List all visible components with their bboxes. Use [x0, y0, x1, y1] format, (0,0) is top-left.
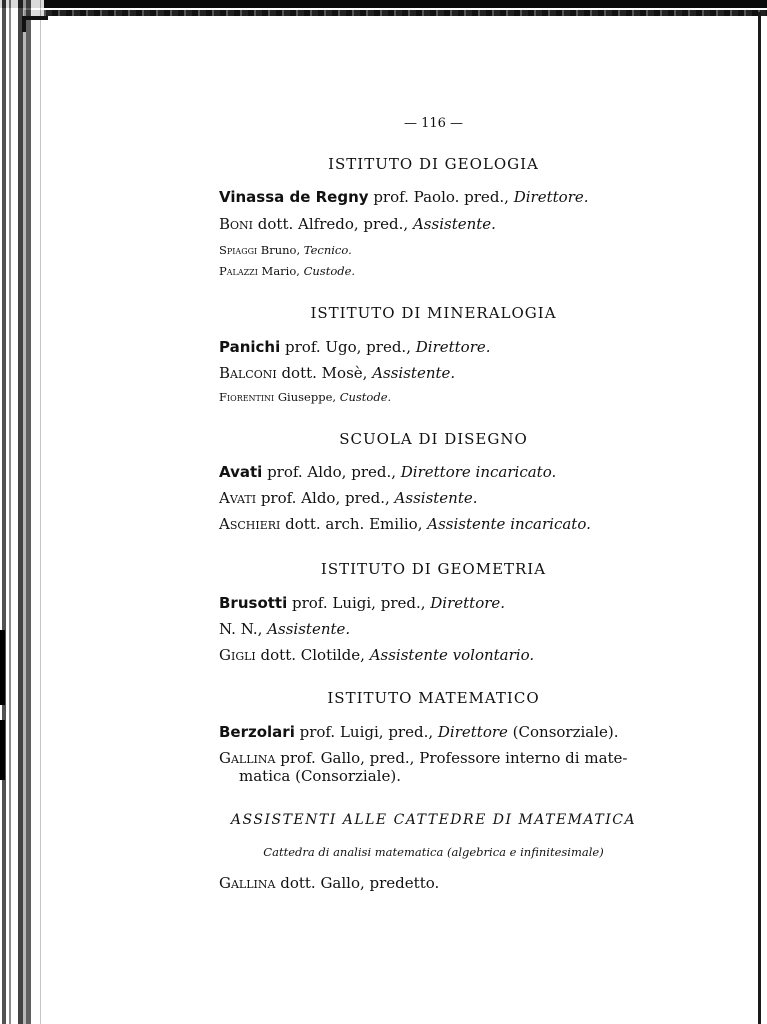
entry-role: Assistente. — [267, 620, 350, 638]
entry-role: Direttore incaricato. — [401, 463, 556, 481]
section-heading-geologia: ISTITUTO DI GEOLOGIA — [0, 155, 767, 173]
section-heading-disegno: SCUOLA DI DISEGNO — [0, 430, 767, 448]
subsection-subheading: Cattedra di analisi matematica (algebric… — [0, 845, 767, 859]
entry-details: Bruno, — [257, 243, 304, 257]
page-number: — 116 — — [0, 116, 767, 131]
entry-continuation: matica (Consorziale). — [219, 767, 659, 785]
entry-role: Direttore. — [514, 188, 589, 206]
entry-surname: Gallina — [219, 874, 275, 892]
entry-surname: Fiorentini — [219, 390, 274, 404]
entry: Avati prof. Aldo, pred., Direttore incar… — [219, 463, 659, 481]
entry-role: Tecnico. — [304, 243, 352, 257]
entry-surname: Vinassa de Regny — [219, 188, 369, 206]
entry-details: dott. arch. Emilio, — [280, 515, 427, 533]
section-heading-matematico: ISTITUTO MATEMATICO — [0, 689, 767, 707]
entry-details: prof. Luigi, pred., — [287, 594, 430, 612]
entry: Aschieri dott. arch. Emilio, Assistente … — [219, 515, 659, 533]
entry-role: Direttore — [438, 723, 508, 741]
section-heading-geometria: ISTITUTO DI GEOMETRIA — [0, 560, 767, 578]
entry-role: Assistente volontario. — [370, 646, 534, 664]
entry-surname: Spiaggi — [219, 243, 257, 257]
entry-surname: N. N., — [219, 620, 262, 638]
entry-details: Mario, — [258, 264, 304, 278]
entry-suffix: (Consorziale). — [508, 723, 619, 741]
entry-role: Custode. — [340, 390, 391, 404]
entry-role: Custode. — [304, 264, 355, 278]
entry: Panichi prof. Ugo, pred., Direttore. — [219, 338, 659, 356]
entry-details: prof. Paolo. pred., — [369, 188, 514, 206]
entry-details: dott. Mosè, — [277, 364, 373, 382]
entry-details: prof. Ugo, pred., — [280, 338, 416, 356]
entry-details: prof. Aldo, pred., — [256, 489, 394, 507]
entry-details: dott. Clotilde, — [256, 646, 370, 664]
entry-role: Assistente incaricato. — [427, 515, 591, 533]
entry-surname: Brusotti — [219, 594, 287, 612]
entry-role: Direttore. — [416, 338, 491, 356]
entry-surname: Avati — [219, 489, 256, 507]
entry-details: prof. Gallo, pred., Professore interno d… — [275, 749, 627, 767]
section-heading-mineralogia: ISTITUTO DI MINERALOGIA — [0, 304, 767, 322]
entry-details: prof. Aldo, pred., — [262, 463, 400, 481]
entry-details: Giuseppe, — [274, 390, 339, 404]
entry: N. N., Assistente. — [219, 620, 659, 638]
entry-surname: Palazzi — [219, 264, 258, 278]
entry: Vinassa de Regny prof. Paolo. pred., Dir… — [219, 188, 659, 206]
entry: Gigli dott. Clotilde, Assistente volonta… — [219, 646, 659, 664]
entry-details: dott. Gallo, predetto. — [275, 874, 439, 892]
entry: Berzolari prof. Luigi, pred., Direttore … — [219, 723, 659, 741]
entry: Brusotti prof. Luigi, pred., Direttore. — [219, 594, 659, 612]
entry-surname: Panichi — [219, 338, 280, 356]
entry: Gallina prof. Gallo, pred., Professore i… — [219, 749, 659, 785]
entry: Boni dott. Alfredo, pred., Assistente. — [219, 215, 659, 233]
entry-surname: Gigli — [219, 646, 256, 664]
entry-surname: Berzolari — [219, 723, 295, 741]
entry: Balconi dott. Mosè, Assistente. — [219, 364, 659, 382]
entry-details: prof. Luigi, pred., — [295, 723, 438, 741]
entry-surname: Boni — [219, 215, 253, 233]
entry-role: Assistente. — [395, 489, 478, 507]
entry-surname: Aschieri — [219, 515, 280, 533]
document-page: — 116 — ISTITUTO DI GEOLOGIA Vinassa de … — [0, 0, 767, 1024]
entry: Avati prof. Aldo, pred., Assistente. — [219, 489, 659, 507]
entry-role: Assistente. — [372, 364, 455, 382]
entry-surname: Balconi — [219, 364, 277, 382]
entry-details: dott. Alfredo, pred., — [253, 215, 413, 233]
entry-surname: Avati — [219, 463, 262, 481]
entry: Spiaggi Bruno, Tecnico. — [219, 243, 659, 257]
entry: Gallina dott. Gallo, predetto. — [219, 874, 659, 892]
entry-surname: Gallina — [219, 749, 275, 767]
subsection-heading: ASSISTENTI ALLE CATTEDRE DI MATEMATICA — [0, 812, 767, 828]
entry: Palazzi Mario, Custode. — [219, 264, 659, 278]
entry-role: Assistente. — [413, 215, 496, 233]
entry-role: Direttore. — [430, 594, 505, 612]
entry: Fiorentini Giuseppe, Custode. — [219, 390, 659, 404]
